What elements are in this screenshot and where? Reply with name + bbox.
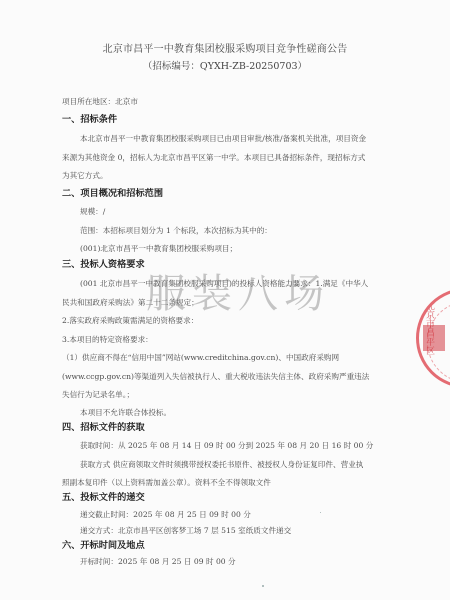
scan-speck [320,512,321,513]
paragraph-line: 获取时间：从 2025 年 08 月 14 日 09 时 00 分到 2025 … [80,441,373,451]
paragraph-line: 3.本项目的特定资格要求： [62,335,153,345]
paragraph-line: (001)北京市昌平一中教育集团校服采购项目； [80,244,237,254]
paragraph-line: (001 北京市昌平一中教育集团校服采购项目)的投标人资格能力要求：1.满足《中… [80,279,368,289]
paragraph-line: 2.落实政府采购政策需满足的资格要求： [62,316,198,326]
paragraph-line: 本北京市昌平一中教育集团校服采购项目已由项目审批/核准/备案机关批准，项目资金 [80,134,366,144]
paragraph-line: 民共和国政府采购法》第二十二条规定； [62,298,199,308]
paragraph-line: 范围：本招标项目划分为 1 个标段，本次招标为其中的： [80,226,272,236]
section-heading-opening-time: 六、开标时间及地点 [62,540,145,552]
seal-text: 北京市昌平区 [424,301,434,355]
paragraph-line: 本项目不允许联合体投标。 [80,408,171,418]
paragraph-line: 为其它方式。 [62,171,108,181]
paragraph-line: 规模：/ [80,207,105,217]
scan-speck [262,585,264,587]
paragraph-line: 来源为其他资金 0，招标人为北京市昌平区第一中学。本项目已具备招标条件，现招标方… [62,153,365,163]
section-heading-submission: 五、投标文件的递交 [62,492,145,504]
paragraph-line: 失信行为记录名单。； [62,390,134,400]
paragraph-line: 递交方式：北京市昌平区创客梦工场 7 层 515 室纸质文件递交 [80,526,291,536]
paragraph-line: 递交截止时间：2025 年 08 月 25 日 09 时 00 分 [80,510,251,520]
section-heading-project-overview: 二、项目概况和招标范围 [62,188,163,200]
section-heading-obtain-documents: 四、招标文件的获取 [62,422,145,434]
document-page: 北京市昌平一中教育集团校服采购项目竞争性磋商公告 （招标编号：QYXH-ZB-2… [0,0,450,600]
official-seal: 北京市昌平区 [416,288,450,388]
watermark: 服装八场 [146,262,330,319]
section-heading-bidder-qualifications: 三、投标人资格要求 [62,259,145,271]
paragraph-line: 获取方式 供应商领取文件时须携带授权委托书原件、被授权人身份证复印件、营业执 [80,460,363,470]
paragraph-line: 照副本复印件（以上资料需加盖公章）。资料不全不得领取文件 [62,478,271,488]
project-region: 项目所在地区：北京市 [62,97,138,107]
paragraph-line: 开标时间：2025 年 08 月 25 日 09 时 00 分 [80,557,236,567]
document-title: 北京市昌平一中教育集团校服采购项目竞争性磋商公告 [0,40,450,55]
section-heading-bidding-conditions: 一、招标条件 [62,114,117,126]
paragraph-line: (www.ccgp.gov.cn)等渠道列入失信被执行人、重大税收违法失信主体、… [62,372,369,382]
paragraph-line: （1）供应商不得在“信用中国”网站(www.creditchina.gov.cn… [62,353,339,363]
bid-number: （招标编号：QYXH-ZB-20250703） [0,58,450,72]
